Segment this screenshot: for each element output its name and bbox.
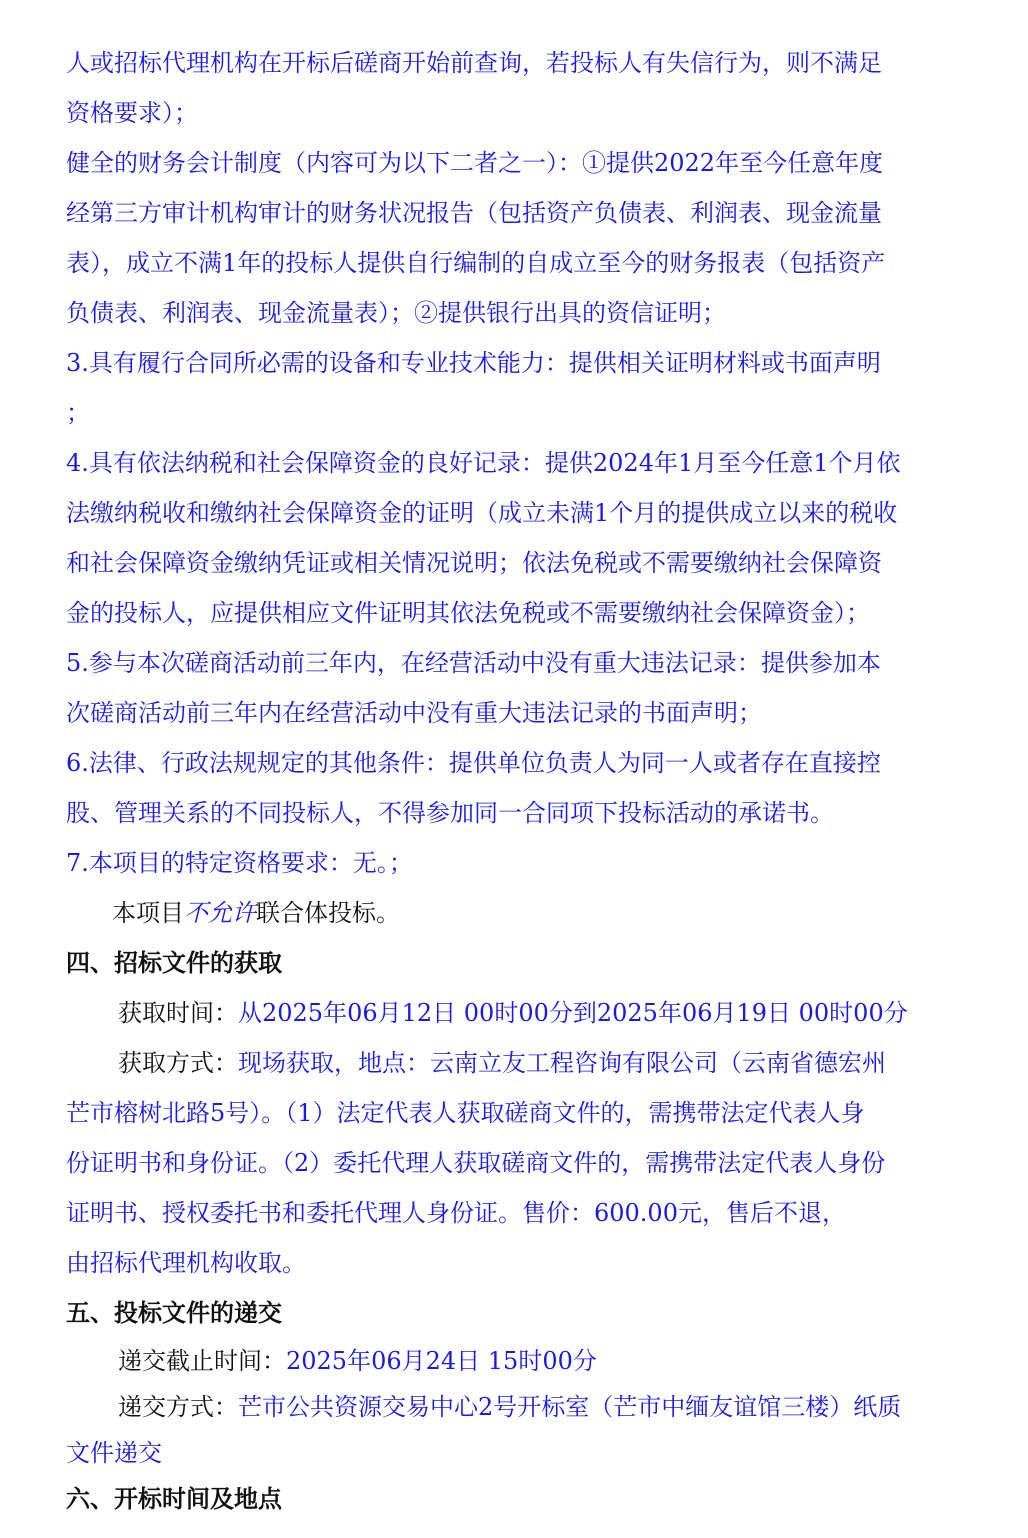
qualification-line: 3.具有履行合同所必需的设备和专业技术能力：提供相关证明材料或书面声明 xyxy=(66,338,956,388)
consortium-statement: 本项目不允许联合体投标。 xyxy=(66,888,956,938)
consortium-suffix: 联合体投标。 xyxy=(256,899,400,927)
qualification-line: 健全的财务会计制度（内容可为以下二者之一）：①提供2022年至今任意年度 xyxy=(66,138,956,188)
qualification-line: 资格要求）； xyxy=(66,88,956,138)
qualification-line: 表），成立不满1年的投标人提供自行编制的自成立至今的财务报表（包括资产 xyxy=(66,238,956,288)
submission-deadline-label: 递交截止时间： xyxy=(118,1347,286,1375)
submission-method-label: 递交方式： xyxy=(118,1393,238,1421)
section-4-title: 四、招标文件的获取 xyxy=(66,938,956,988)
consortium-value: 不允许 xyxy=(184,899,256,927)
qualification-line: 法缴纳税收和缴纳社会保障资金的证明（成立未满1个月的提供成立以来的税收 xyxy=(66,488,956,538)
qualification-line: 7.本项目的特定资格要求：无。； xyxy=(66,838,956,888)
submission-deadline-value: 2025年06月24日 15时00分 xyxy=(286,1347,597,1375)
submission-method-value: 芒市公共资源交易中心2号开标室（芒市中缅友谊馆三楼）纸质 xyxy=(238,1393,901,1421)
acquisition-method-line: 证明书、授权委托书和委托代理人身份证。售价：600.00元，售后不退， xyxy=(66,1188,956,1238)
qualification-line: 次磋商活动前三年内在经营活动中没有重大违法记录的书面声明； xyxy=(66,688,956,738)
document-body: 人或招标代理机构在开标后磋商开始前查询，若投标人有失信行为，则不满足 资格要求）… xyxy=(66,38,956,1522)
submission-method: 递交方式：芒市公共资源交易中心2号开标室（芒市中缅友谊馆三楼）纸质 xyxy=(66,1384,956,1430)
submission-deadline: 递交截止时间：2025年06月24日 15时00分 xyxy=(66,1338,956,1384)
consortium-prefix: 本项目 xyxy=(112,899,184,927)
submission-method-line: 文件递交 xyxy=(66,1430,956,1476)
acquisition-method-label: 获取方式： xyxy=(118,1049,238,1077)
qualification-line: 6.法律、行政法规规定的其他条件：提供单位负责人为同一人或者存在直接控 xyxy=(66,738,956,788)
qualification-line: 和社会保障资金缴纳凭证或相关情况说明；依法免税或不需要缴纳社会保障资 xyxy=(66,538,956,588)
qualification-line: 金的投标人，应提供相应文件证明其依法免税或不需要缴纳社会保障资金）； xyxy=(66,588,956,638)
acquisition-method-value: 现场获取，地点：云南立友工程咨询有限公司（云南省德宏州 xyxy=(238,1049,886,1077)
acquisition-method-line: 由招标代理机构收取。 xyxy=(66,1238,956,1288)
qualification-line: ； xyxy=(66,388,956,438)
qualification-line: 4.具有依法纳税和社会保障资金的良好记录：提供2024年1月至今任意1个月依 xyxy=(66,438,956,488)
qualification-line: 5.参与本次磋商活动前三年内，在经营活动中没有重大违法记录：提供参加本 xyxy=(66,638,956,688)
section-5-title: 五、投标文件的递交 xyxy=(66,1288,956,1338)
acquisition-method: 获取方式：现场获取，地点：云南立友工程咨询有限公司（云南省德宏州 xyxy=(66,1038,956,1088)
qualification-line: 人或招标代理机构在开标后磋商开始前查询，若投标人有失信行为，则不满足 xyxy=(66,38,956,88)
qualification-line: 负债表、利润表、现金流量表）；②提供银行出具的资信证明； xyxy=(66,288,956,338)
section-6-title: 六、开标时间及地点 xyxy=(66,1476,956,1522)
acquisition-time-value: 从2025年06月12日 00时00分到2025年06月19日 00时00分 xyxy=(238,999,908,1027)
acquisition-method-line: 份证明书和身份证。（2）委托代理人获取磋商文件的，需携带法定代表人身份 xyxy=(66,1138,956,1188)
qualification-line: 股、管理关系的不同投标人，不得参加同一合同项下投标活动的承诺书。 xyxy=(66,788,956,838)
acquisition-time: 获取时间：从2025年06月12日 00时00分到2025年06月19日 00时… xyxy=(66,988,956,1038)
qualification-line: 经第三方审计机构审计的财务状况报告（包括资产负债表、利润表、现金流量 xyxy=(66,188,956,238)
acquisition-method-line: 芒市榕树北路5号）。（1）法定代表人获取磋商文件的，需携带法定代表人身 xyxy=(66,1088,956,1138)
acquisition-time-label: 获取时间： xyxy=(118,999,238,1027)
